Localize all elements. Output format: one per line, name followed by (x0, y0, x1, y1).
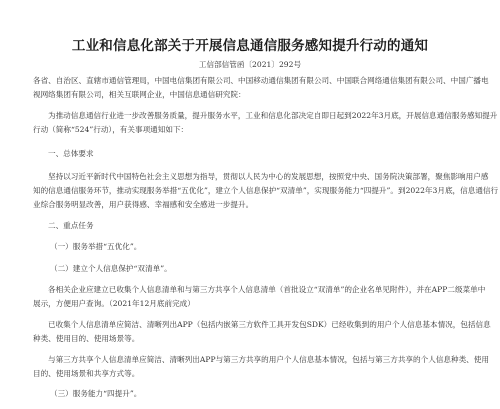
addressee-line-2: 视网络集团有限公司，相关互联网企业，中国信息通信研究院： (33, 90, 246, 100)
notice-document: 工业和信息化部关于开展信息通信服务感知提升行动的通知 工信部信管函〔2021〕2… (0, 0, 500, 409)
sub2-para2-line-2: 种类、使用目的、使用场景等。 (33, 334, 139, 344)
sub2-para3-line-2: 目的、使用场景和共享方式等。 (33, 369, 139, 379)
section1-heading: 一、总体要求 (48, 149, 94, 159)
sub3-heading: （三）服务能力“四提升”。 (50, 389, 141, 399)
sub2-heading: （二）建立个人信息保护“双清单”。 (50, 264, 172, 274)
document-title: 工业和信息化部关于开展信息通信服务感知提升行动的通知 (0, 34, 500, 54)
section1-line-1: 坚持以习近平新时代中国特色社会主义思想为指导，贯彻以人民为中心的发展思想，按照党… (48, 172, 488, 182)
sub2-para2-line-1: 已收集个人信息清单应简洁、清晰列出APP（包括内嵌第三方软件工具开发包SDK）已… (48, 320, 491, 330)
section2-heading: 二、重点任务 (48, 221, 94, 231)
intro-line-2: 行动（简称“524”行动），有关事项通知如下： (33, 125, 188, 135)
section1-line-3: 业综合服务明显改善，用户获得感、幸福感和安全感进一步提升。 (33, 200, 253, 210)
addressee-line-1: 各省、自治区、直辖市通信管理局，中国电信集团有限公司、中国移动通信集团有限公司、… (33, 76, 489, 86)
sub2-para1-line-1: 各相关企业应建立已收集个人信息清单和与第三方共享个人信息清单（首批设立“双清单”… (48, 285, 485, 295)
intro-line-1: 为推动信息通信行业进一步改善服务质量，提升服务水平，工业和信息化部决定自即日起到… (48, 111, 497, 121)
sub2-para3-line-1: 与第三方共享个人信息清单应简洁、清晰列出APP与第三方共享的用户个人信息基本情况… (48, 355, 489, 365)
document-number: 工信部信管函〔2021〕292号 (0, 59, 500, 70)
section1-line-2: 知的信息通信服务环节，推动实现服务举措“五优化”，建立个人信息保护“双清单”，实… (33, 186, 498, 196)
sub2-para1-line-2: 展示，方便用户查询。（2021年12月底前完成） (33, 299, 195, 309)
sub1-heading: （一）服务举措“五优化”。 (50, 242, 141, 252)
